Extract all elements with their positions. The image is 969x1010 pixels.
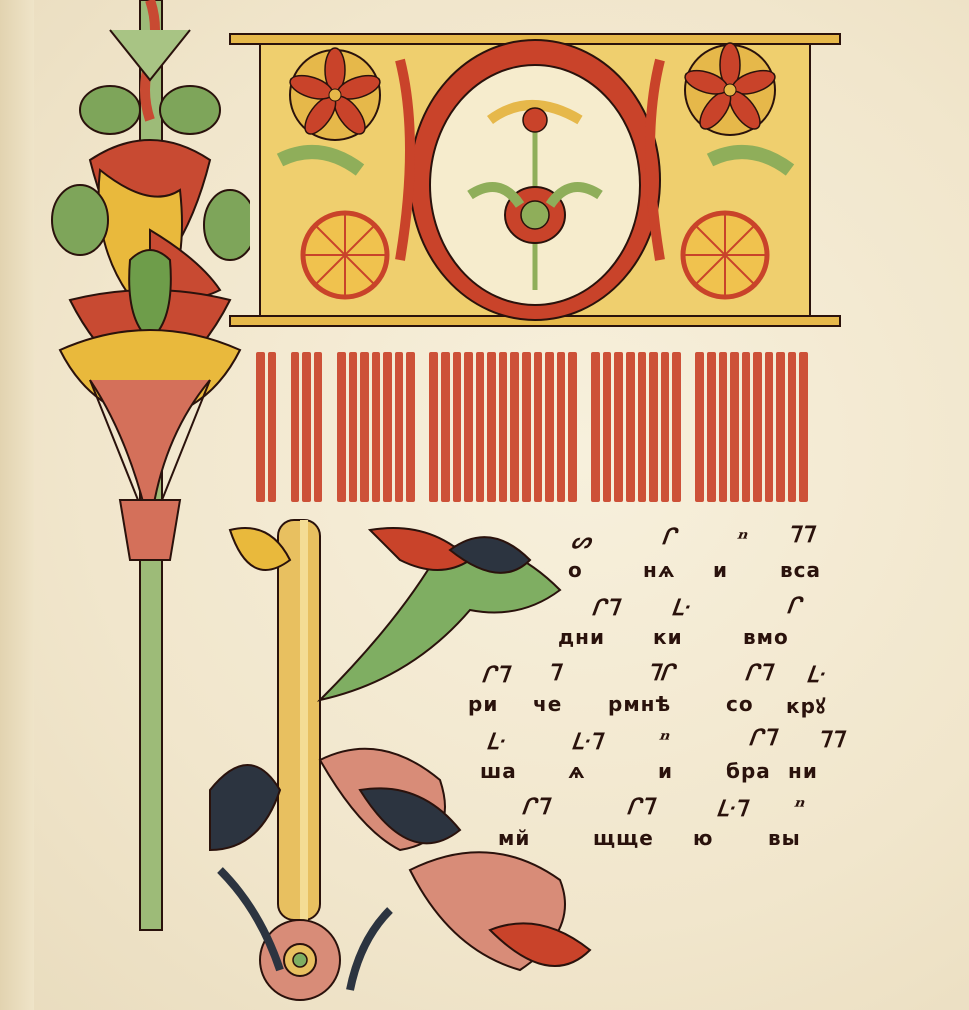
- page-gutter: [0, 0, 34, 1010]
- syllable: ри: [468, 692, 498, 716]
- ornamental-headpiece: [220, 0, 850, 335]
- syllable: ки: [653, 625, 683, 649]
- syllable: щще: [593, 826, 654, 850]
- syllable: и: [713, 558, 728, 582]
- neume-row: ᔕᒋⁿᒣᒣ: [468, 520, 868, 556]
- syllable: бра: [726, 759, 771, 783]
- syllable: че: [533, 692, 562, 716]
- red-title-band: [256, 352, 808, 502]
- syllable: со: [726, 692, 754, 716]
- syllable: крꙋ: [786, 692, 826, 719]
- syllable: ни: [788, 759, 818, 783]
- syllable: вмо: [743, 625, 789, 649]
- right-wheel: [683, 213, 767, 297]
- syllable: вса: [780, 558, 821, 582]
- syllable: ю: [693, 826, 713, 850]
- syllable: нѧ: [643, 558, 675, 582]
- syllable: и: [658, 759, 673, 783]
- neume-row: ᒋᒣᒣᒣᒋᒋᒣᒷ: [468, 654, 868, 690]
- syllable: ша: [480, 759, 517, 783]
- syllable: ѧ: [568, 759, 586, 783]
- neume-row: ᒷᒷᒣⁿᒋᒣᒣᒣ: [468, 721, 868, 757]
- neume-row: ᒋᒣᒋᒣᒷᒣⁿ: [468, 788, 868, 824]
- manuscript-page: ᔕᒋⁿᒣᒣ о нѧ и вса ᒋᒣᒷᒋ дни ки вмо ᒋᒣᒣᒣᒋᒋᒣ…: [0, 0, 969, 1010]
- syllable: мй: [498, 826, 530, 850]
- syllable: дни: [558, 625, 605, 649]
- text-line-3: ᒋᒣᒣᒣᒋᒋᒣᒷ ри че рмнѣ со крꙋ: [468, 654, 868, 721]
- text-line-1: ᔕᒋⁿᒣᒣ о нѧ и вса: [468, 520, 868, 587]
- left-wheel: [303, 213, 387, 297]
- chant-text: ᔕᒋⁿᒣᒣ о нѧ и вса ᒋᒣᒷᒋ дни ки вмо ᒋᒣᒣᒣᒋᒋᒣ…: [468, 520, 868, 855]
- syllable: вы: [768, 826, 801, 850]
- text-line-2: ᒋᒣᒷᒋ дни ки вмо: [468, 587, 868, 654]
- syllable: рмнѣ: [608, 692, 671, 716]
- neume-row: ᒋᒣᒷᒋ: [468, 587, 868, 623]
- text-line-4: ᒷᒷᒣⁿᒋᒣᒣᒣ ша ѧ и бра ни: [468, 721, 868, 788]
- syllable: о: [568, 558, 583, 582]
- text-line-5: ᒋᒣᒋᒣᒷᒣⁿ мй щще ю вы: [468, 788, 868, 855]
